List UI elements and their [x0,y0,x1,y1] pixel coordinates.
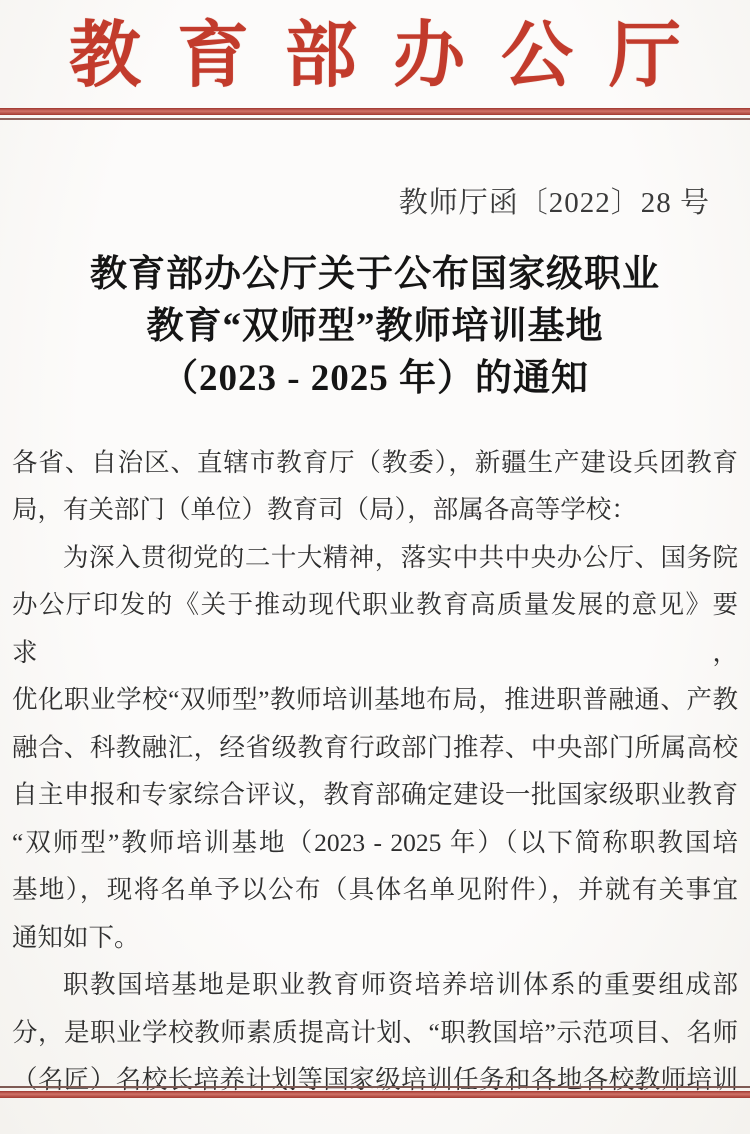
body-line: 基地），现将名单予以公布（具体名单见附件），并就有关事宜 [12,866,738,914]
body-line: 局，有关部门（单位）教育司（局），部属各高等学校： [12,486,738,534]
body-line: 分，是职业学校教师素质提高计划、“职教国培”示范项目、名师 [12,1009,738,1057]
body-line: 各省、自治区、直辖市教育厅（教委），新疆生产建设兵团教育 [12,439,738,487]
letterhead: 教育部办公厅 [0,0,750,99]
rule-thick-line [0,108,750,115]
document-number: 教师厅函〔2022〕28 号 [0,180,750,221]
body-line: 自主申报和专家综合评议，教育部确定建设一批国家级职业教育 [12,771,738,819]
title-line: （2023 - 2025 年）的通知 [0,353,750,405]
rule-thick-line [0,1091,750,1098]
letterhead-rule [0,108,750,120]
body-line: 优化职业学校“双师型”教师培训基地布局，推进职普融通、产教 [12,676,738,724]
footer-rule [0,1086,750,1098]
document-title: 教育部办公厅关于公布国家级职业 教育“双师型”教师培训基地 （2023 - 20… [0,249,750,405]
agency-name: 教育部办公厅 [0,14,750,99]
body-line: 为深入贯彻党的二十大精神，落实中共中央办公厅、国务院 [12,534,738,582]
document-body: 各省、自治区、直辖市教育厅（教委），新疆生产建设兵团教育 局，有关部门（单位）教… [0,439,750,1104]
document-page: 教育部办公厅 教师厅函〔2022〕28 号 教育部办公厅关于公布国家级职业 教育… [0,0,750,1134]
title-line: 教育“双师型”教师培训基地 [0,301,750,353]
body-line: 办公厅印发的《关于推动现代职业教育高质量发展的意见》要求， [12,581,738,676]
title-line: 教育部办公厅关于公布国家级职业 [0,249,750,301]
body-line: 通知如下。 [12,914,738,962]
rule-thin-line [0,118,750,120]
body-line: 职教国培基地是职业教育师资培养培训体系的重要组成部 [12,961,738,1009]
body-line: 融合、科教融汇，经省级教育行政部门推荐、中央部门所属高校 [12,724,738,772]
body-line: “双师型”教师培训基地（2023 - 2025 年）（以下简称职教国培 [12,819,738,867]
